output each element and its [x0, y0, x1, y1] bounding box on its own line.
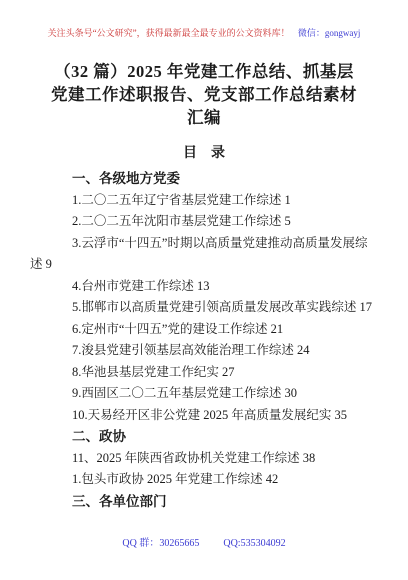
document-page: 关注头条号“公文研究”，获得最新最全最专业的公文资料库！ 微信：gongwayj…	[0, 0, 408, 580]
promo-wechat-contact: 微信：gongwayj	[298, 28, 361, 38]
toc-section: 二、政协	[30, 426, 384, 448]
toc-section: 三、各单位部门	[30, 491, 384, 513]
document-title: （32 篇）2025 年党建工作总结、抓基层 党建工作述职报告、党支部工作总结素…	[18, 60, 390, 129]
toc-item: 2.二〇二五年沈阳市基层党建工作综述 5	[30, 211, 384, 233]
toc-item: 1.包头市政协 2025 年党建工作综述 42	[30, 469, 384, 491]
toc-item-continuation: 述 9	[30, 254, 384, 276]
toc-item: 9.西固区二〇二五年基层党建工作综述 30	[30, 383, 384, 405]
toc-item: 8.华池县基层党建工作纪实 27	[30, 362, 384, 384]
toc-item: 5.邯郸市以高质量党建引领高质量发展改革实践综述 17	[30, 297, 384, 319]
toc-item: 3.云浮市“十四五”时期以高质量党建推动高质量发展综	[30, 233, 384, 255]
toc-item: 1.二〇二五年辽宁省基层党建工作综述 1	[30, 190, 384, 212]
toc-heading: 目 录	[0, 144, 408, 164]
page-footer: QQ 群：30265665QQ:535304092	[0, 537, 408, 551]
document-title-line-2: 党建工作述职报告、党支部工作总结素材	[18, 83, 390, 106]
toc-item: 7.浚县党建引领基层高效能治理工作综述 24	[30, 340, 384, 362]
table-of-contents: 一、各级地方党委 1.二〇二五年辽宁省基层党建工作综述 1 2.二〇二五年沈阳市…	[30, 168, 384, 512]
toc-item: 10.天易经开区非公党建 2025 年高质量发展纪实 35	[30, 405, 384, 427]
toc-item: 6.定州市“十四五”党的建设工作综述 21	[30, 319, 384, 341]
toc-section: 一、各级地方党委	[30, 168, 384, 190]
document-title-line-1: （32 篇）2025 年党建工作总结、抓基层	[18, 60, 390, 83]
toc-item: 4.台州市党建工作综述 13	[30, 276, 384, 298]
qq-contact: QQ:535304092	[223, 538, 285, 549]
promo-header: 关注头条号“公文研究”，获得最新最全最专业的公文资料库！ 微信：gongwayj	[0, 27, 408, 39]
toc-item: 11、2025 年陕西省政协机关党建工作综述 38	[30, 448, 384, 470]
promo-notice-text: 关注头条号“公文研究”，获得最新最全最专业的公文资料库！	[48, 28, 290, 38]
document-title-line-3: 汇编	[18, 106, 390, 129]
qq-group-contact: QQ 群：30265665	[122, 538, 199, 549]
